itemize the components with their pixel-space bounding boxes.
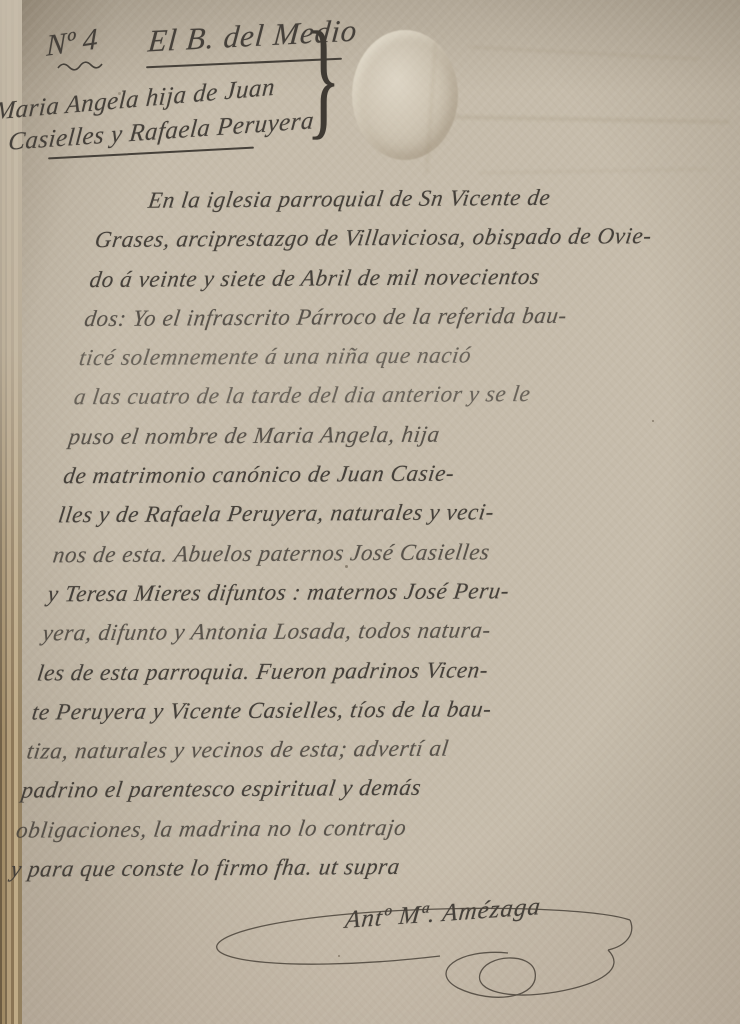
- manuscript-line: a las cuatro de la tarde del dia anterio…: [72, 373, 737, 417]
- manuscript-line: nos de esta. Abuelos paternos José Casie…: [51, 530, 716, 574]
- record-number: Nº 4: [46, 22, 97, 64]
- manuscript-line: de matrimonio canónico de Juan Casie-: [61, 452, 726, 496]
- manuscript-line: les de esta parroquia. Fueron padrinos V…: [35, 648, 700, 692]
- ink-bleed-ghost: [455, 116, 730, 124]
- manuscript-line: puso el nombre de Maria Angela, hija: [66, 412, 731, 456]
- manuscript-line: Grases, arciprestazgo de Villaviciosa, o…: [93, 216, 740, 260]
- manuscript-line: te Peruyera y Vicente Casielles, tíos de…: [30, 688, 695, 732]
- manuscript-line: lles y de Rafaela Peruyera, naturales y …: [56, 491, 721, 535]
- baptism-record-text: En la iglesia parroquial de Sn Vicente d…: [9, 176, 740, 889]
- manuscript-line: ticé solemnemente á una niña que nació: [77, 334, 740, 378]
- ink-bleed-ghost: [470, 46, 700, 60]
- manuscript-line: tiza, naturales y vecinos de esta; adver…: [24, 727, 689, 771]
- manuscript-line: yera, difunto y Antonia Losada, todos na…: [40, 609, 705, 653]
- manuscript-line: En la iglesia parroquial de Sn Vicente d…: [98, 176, 740, 220]
- manuscript-line: padrino el parentesco espiritual y demás: [19, 766, 684, 810]
- manuscript-page: Nº 4 El B. del Medio Maria Angela hija d…: [0, 0, 740, 1024]
- manuscript-line: dos: Yo el infrascrito Párroco de la ref…: [82, 294, 740, 338]
- curly-brace-icon: }: [306, 18, 341, 138]
- ink-bleed-ghost: [480, 168, 710, 174]
- signature-flourish: [178, 906, 648, 1011]
- manuscript-line: do á veinte y siete de Abril de mil nove…: [87, 255, 740, 299]
- manuscript-line: obligaciones, la madrina no lo contrajo: [14, 806, 679, 850]
- embossed-seal: [352, 30, 458, 160]
- manuscript-line: y Teresa Mieres difuntos : maternos José…: [45, 570, 710, 614]
- squiggle-underline: [56, 60, 104, 72]
- manuscript-line: y para que conste lo firmo fha. ut supra: [9, 845, 674, 889]
